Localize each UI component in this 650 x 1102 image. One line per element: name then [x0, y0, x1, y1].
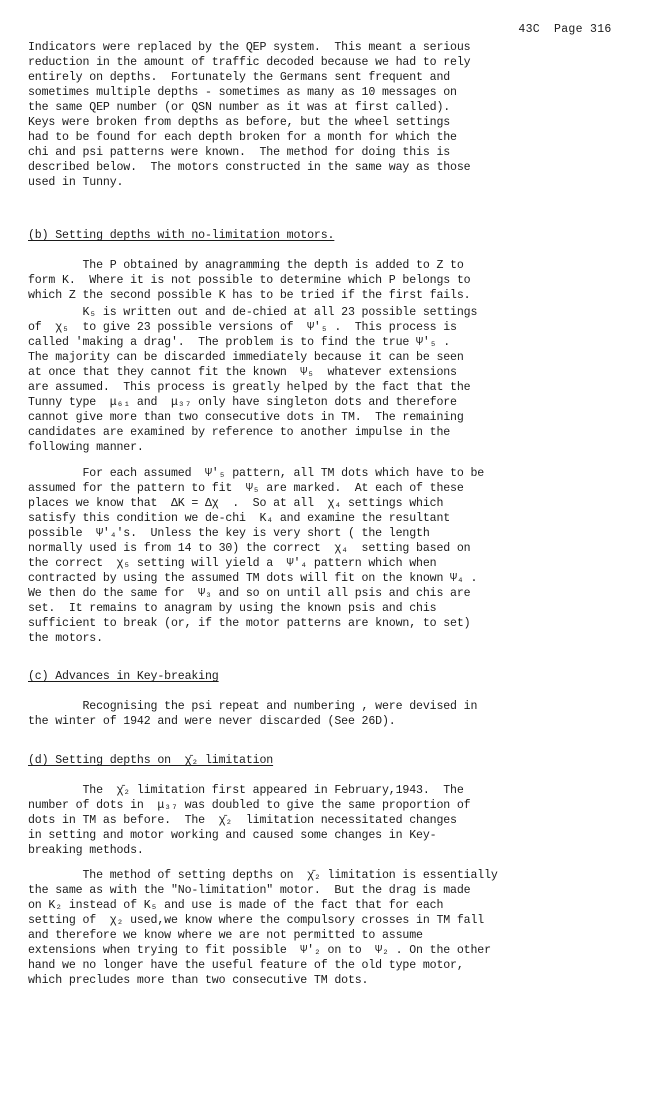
text-line: We then do the same for Ψ₃ and so on unt… [28, 586, 470, 601]
text-line: chi and psi patterns were known. The met… [28, 145, 450, 160]
text-line: form K. Where it is not possible to dete… [28, 273, 470, 288]
text-line: dots in TM as before. The χ̄₂ limitation… [28, 813, 457, 828]
section-heading: (d) Setting depths on χ̄₂ limitation [28, 753, 273, 768]
text-line: number of dots in μ₃₇ was doubled to giv… [28, 798, 470, 813]
text-line: and therefore we know where we are not p… [28, 928, 423, 943]
text-line: The method of setting depths on χ̄₂ limi… [28, 868, 498, 883]
page-header: 43CPage 316 [504, 10, 626, 36]
text-line: of χ₅ to give 23 possible versions of Ψ'… [28, 320, 457, 335]
text-line: in setting and motor working and caused … [28, 828, 436, 843]
text-line: sufficient to break (or, if the motor pa… [28, 616, 470, 631]
text-line: reduction in the amount of traffic decod… [28, 55, 470, 70]
text-line: Tunny type μ₆₁ and μ₃₇ only have singlet… [28, 395, 457, 410]
text-line: normally used is from 14 to 30) the corr… [28, 541, 470, 556]
text-line: the correct χ₅ setting will yield a Ψ'₄ … [28, 556, 436, 571]
text-line: used in Tunny. [28, 175, 123, 190]
text-line: contracted by using the assumed TM dots … [28, 571, 477, 586]
text-line: at once that they cannot fit the known Ψ… [28, 365, 457, 380]
text-line: satisfy this condition we de-chi K₄ and … [28, 511, 450, 526]
text-line: the motors. [28, 631, 103, 646]
text-line: The majority can be discarded immediatel… [28, 350, 464, 365]
text-line: are assumed. This process is greatly hel… [28, 380, 470, 395]
text-line: places we know that ΔK = Δχ . So at all … [28, 496, 443, 511]
text-line: Recognising the psi repeat and numbering… [28, 699, 477, 714]
text-line: which Z the second possible K has to be … [28, 288, 470, 303]
text-line: called 'making a drag'. The problem is t… [28, 335, 450, 350]
text-line: entirely on depths. Fortunately the Germ… [28, 70, 450, 85]
text-line: assumed for the pattern to fit Ψ₅ are ma… [28, 481, 464, 496]
section-heading: (c) Advances in Key-breaking [28, 669, 219, 684]
text-line: the winter of 1942 and were never discar… [28, 714, 396, 729]
text-line: Indicators were replaced by the QEP syst… [28, 40, 470, 55]
text-line: following manner. [28, 440, 144, 455]
text-line: K₅ is written out and de-chied at all 23… [28, 305, 477, 320]
text-line: set. It remains to anagram by using the … [28, 601, 436, 616]
text-line: hand we no longer have the useful featur… [28, 958, 464, 973]
text-line: The χ̄₂ limitation first appeared in Feb… [28, 783, 464, 798]
section-heading: (b) Setting depths with no-limitation mo… [28, 228, 334, 243]
text-line: breaking methods. [28, 843, 144, 858]
text-line: cannot give more than two consecutive do… [28, 410, 464, 425]
text-line: sometimes multiple depths - sometimes as… [28, 85, 457, 100]
text-line: Keys were broken from depths as before, … [28, 115, 450, 130]
document-ref: 43C [518, 23, 540, 36]
text-line: For each assumed Ψ'₅ pattern, all TM dot… [28, 466, 484, 481]
text-line: which precludes more than two consecutiv… [28, 973, 368, 988]
page-number: Page 316 [554, 23, 612, 36]
text-line: possible Ψ'₄'s. Unless the key is very s… [28, 526, 430, 541]
text-line: setting of χ₂ used,we know where the com… [28, 913, 484, 928]
text-line: extensions when trying to fit possible Ψ… [28, 943, 491, 958]
text-line: candidates are examined by reference to … [28, 425, 450, 440]
text-line: the same as with the "No-limitation" mot… [28, 883, 470, 898]
text-line: described below. The motors constructed … [28, 160, 470, 175]
text-line: on K₂ instead of K₅ and use is made of t… [28, 898, 443, 913]
text-line: the same QEP number (or QSN number as it… [28, 100, 450, 115]
text-line: had to be found for each depth broken fo… [28, 130, 457, 145]
text-line: The P obtained by anagramming the depth … [28, 258, 464, 273]
